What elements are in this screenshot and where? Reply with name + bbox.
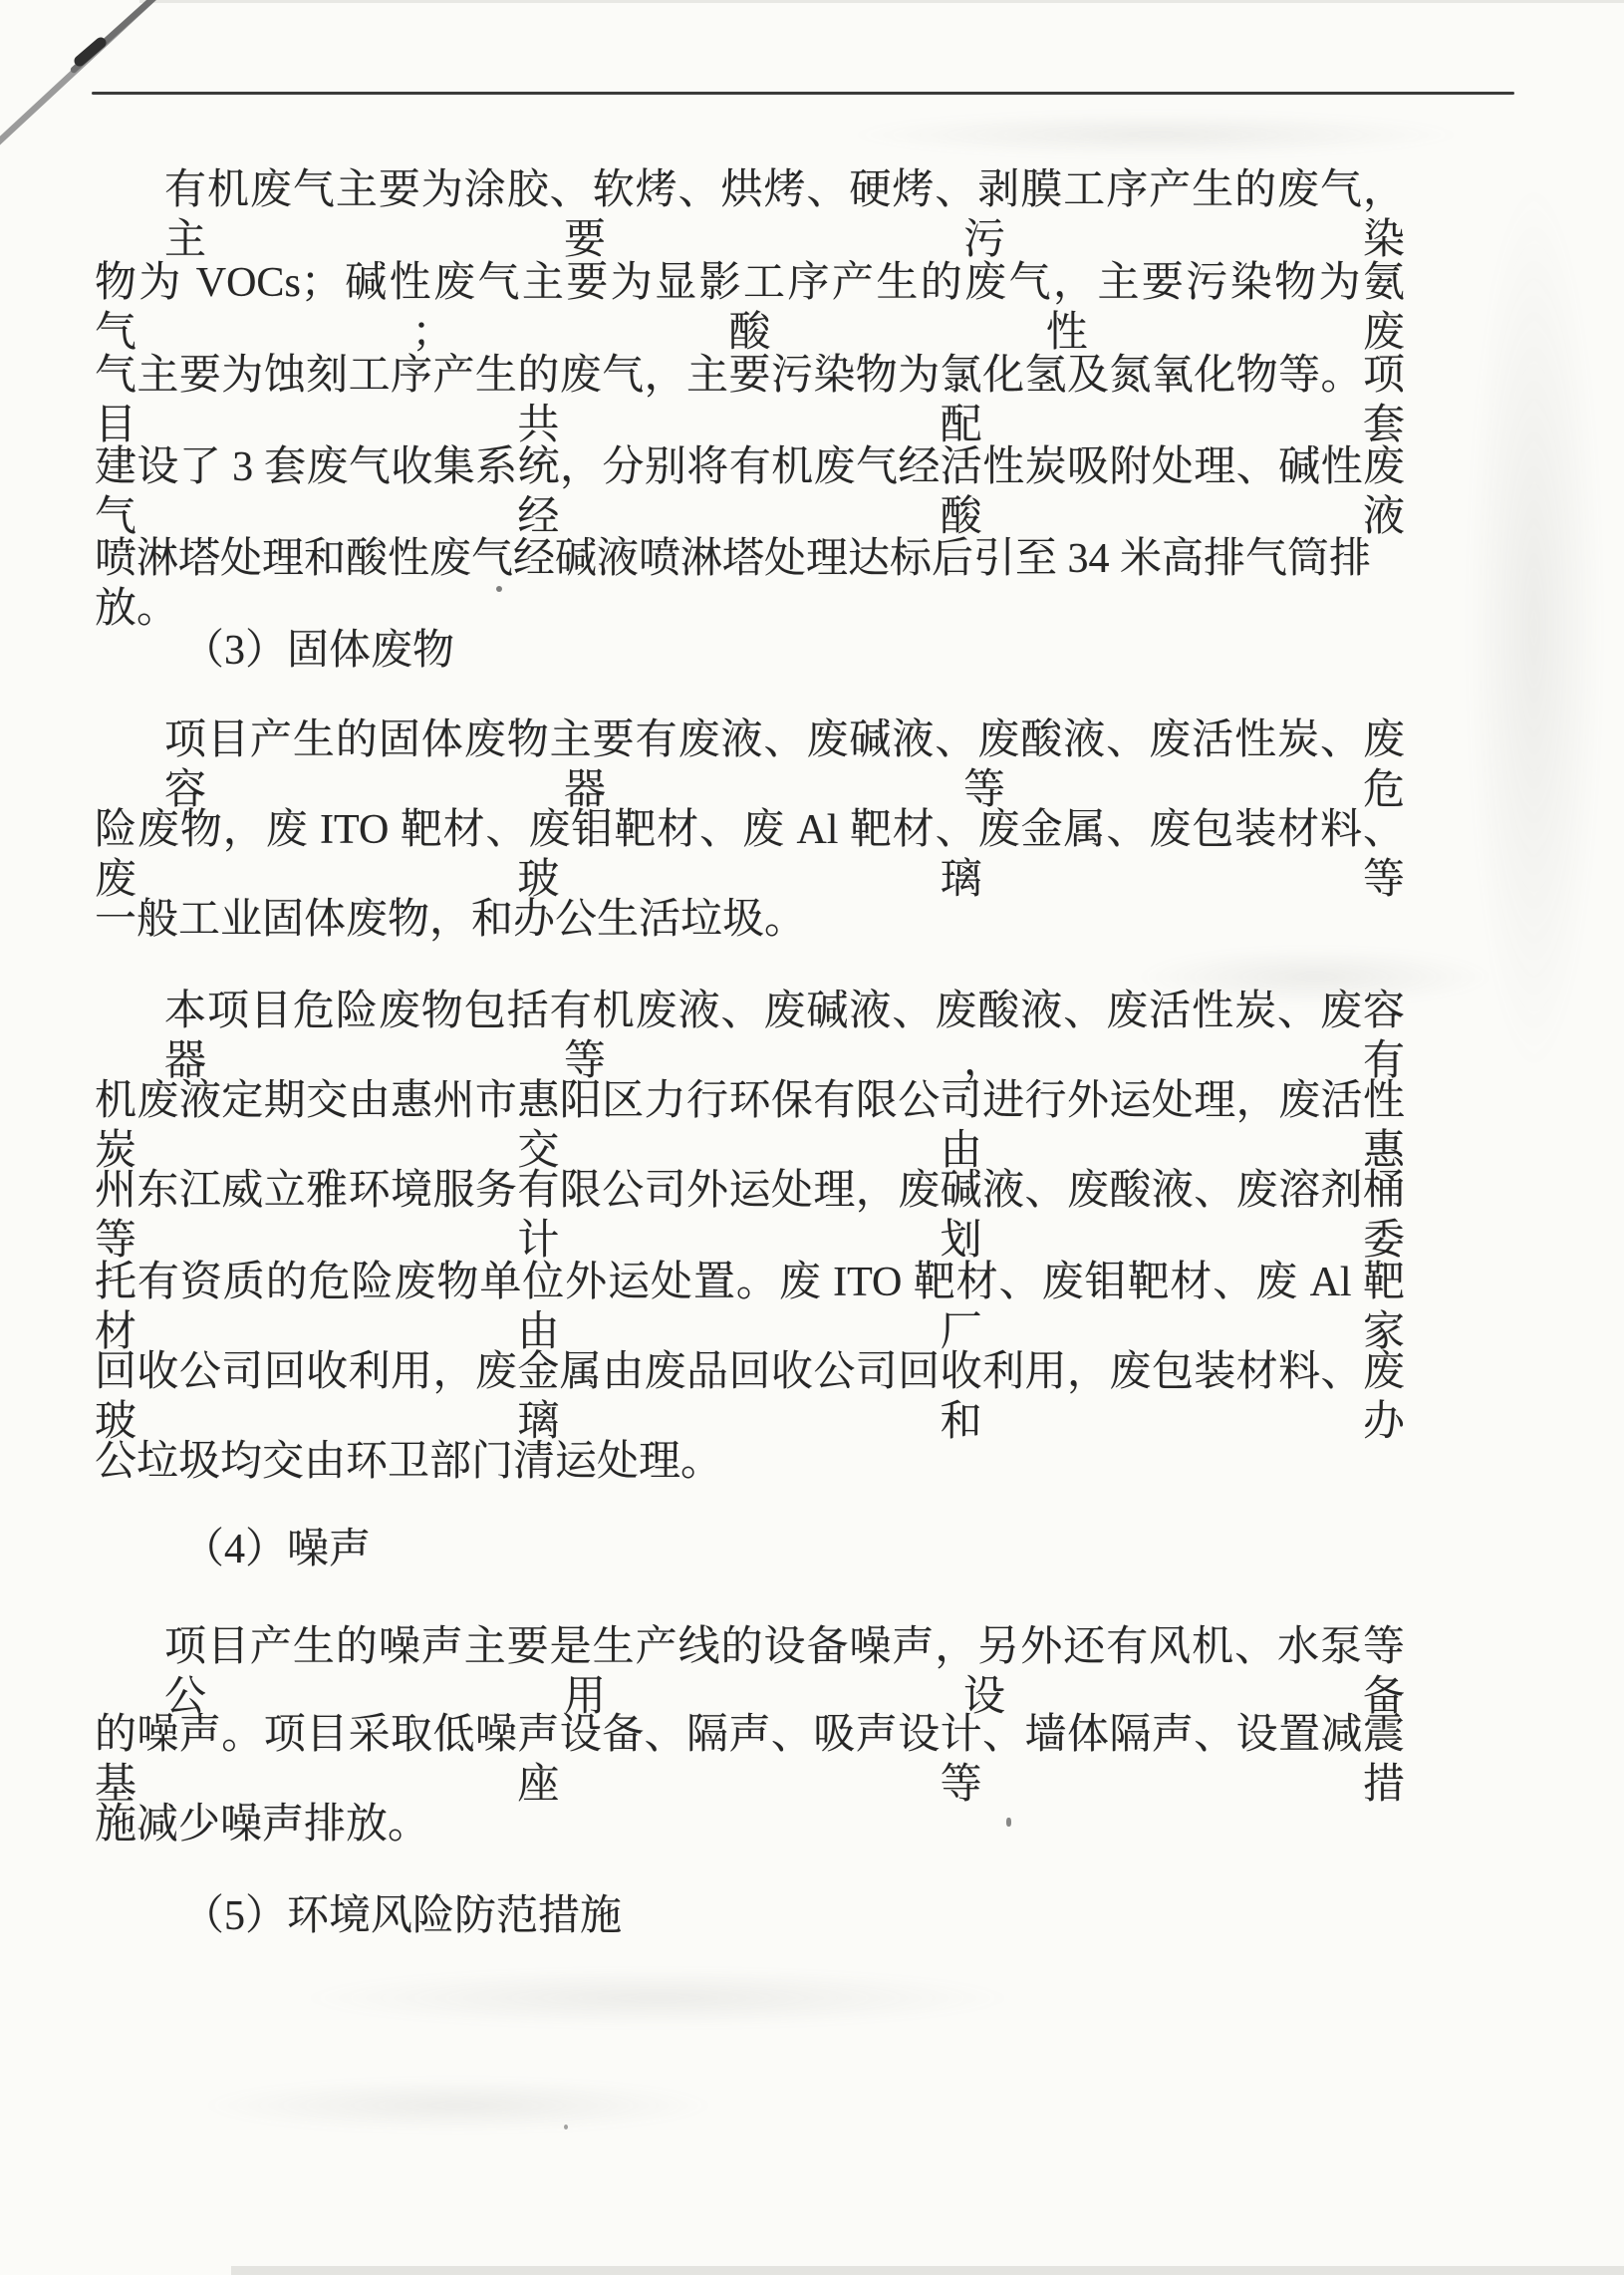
text-line: 一般工业固体废物，和办公生活垃圾。 [95, 895, 1405, 945]
text-line: 公垃圾均交由环卫部门清运处理。 [95, 1437, 1405, 1487]
bleed-smudge [847, 112, 1465, 157]
text-line: 项目产生的噪声主要是生产线的设备噪声，另外还有风机、水泵等公用设备 [95, 1622, 1405, 1722]
text-line: 有机废气主要为涂胶、软烤、烘烤、硬烤、剥膜工序产生的废气，主要污染 [95, 165, 1405, 265]
section-heading: （4）噪声 [95, 1525, 1405, 1574]
text-line: 回收公司回收利用，废金属由废品回收公司回收利用，废包装材料、废玻璃和办 [95, 1347, 1405, 1447]
text-line: 项目产生的固体废物主要有废液、废碱液、废酸液、废活性炭、废容器等危 [95, 715, 1405, 815]
section-heading: （5）环境风险防范措施 [95, 1891, 1405, 1941]
ink-speck [496, 586, 502, 592]
text-line: 州东江威立雅环境服务有限公司外运处理，废碱液、废酸液、废溶剂桶等计划委 [95, 1166, 1405, 1266]
text-line: 建设了 3 套废气收集系统，分别将有机废气经活性炭吸附处理、碱性废气经酸液 [95, 442, 1405, 542]
bleed-smudge [199, 2078, 717, 2133]
text-line: 施减少噪声排放。 [95, 1800, 1405, 1849]
ink-speck [564, 2125, 568, 2130]
bleed-smudge [1465, 179, 1604, 1076]
bleed-smudge [299, 1968, 1016, 2028]
text-line: 本项目危险废物包括有机废液、废碱液、废酸液、废活性炭、废容器等，有 [95, 987, 1405, 1086]
text-line: 险废物，废 ITO 靶材、废钼靶材、废 Al 靶材、废金属、废包装材料、废玻璃等 [95, 805, 1405, 905]
text-line: 机废液定期交由惠州市惠阳区力行环保有限公司进行外运处理，废活性炭交由惠 [95, 1076, 1405, 1176]
scan-edge-bottom [231, 2266, 1624, 2275]
text-line: 喷淋塔处理和酸性废气经碱液喷淋塔处理达标后引至 34 米高排气筒排放。 [95, 534, 1405, 634]
section-heading: （3）固体废物 [95, 626, 1405, 676]
text-line: 气主要为蚀刻工序产生的废气，主要污染物为氯化氢及氮氧化物等。项目共配套 [95, 351, 1405, 450]
text-line: 的噪声。项目采取低噪声设备、隔声、吸声设计、墙体隔声、设置减震基座等措 [95, 1710, 1405, 1810]
horizontal-rule [92, 92, 1514, 95]
scan-edge-top [139, 0, 1624, 3]
scanned-document-page: 有机废气主要为涂胶、软烤、烘烤、硬烤、剥膜工序产生的废气，主要污染 物为 VOC… [0, 0, 1624, 2275]
text-line: 托有资质的危险废物单位外运处置。废 ITO 靶材、废钼靶材、废 Al 靶材由厂家 [95, 1258, 1405, 1357]
text-line: 物为 VOCs；碱性废气主要为显影工序产生的废气，主要污染物为氨气；酸性废 [95, 258, 1405, 358]
corner-stroke-artifact [0, 0, 249, 174]
ink-speck [1006, 1818, 1011, 1827]
